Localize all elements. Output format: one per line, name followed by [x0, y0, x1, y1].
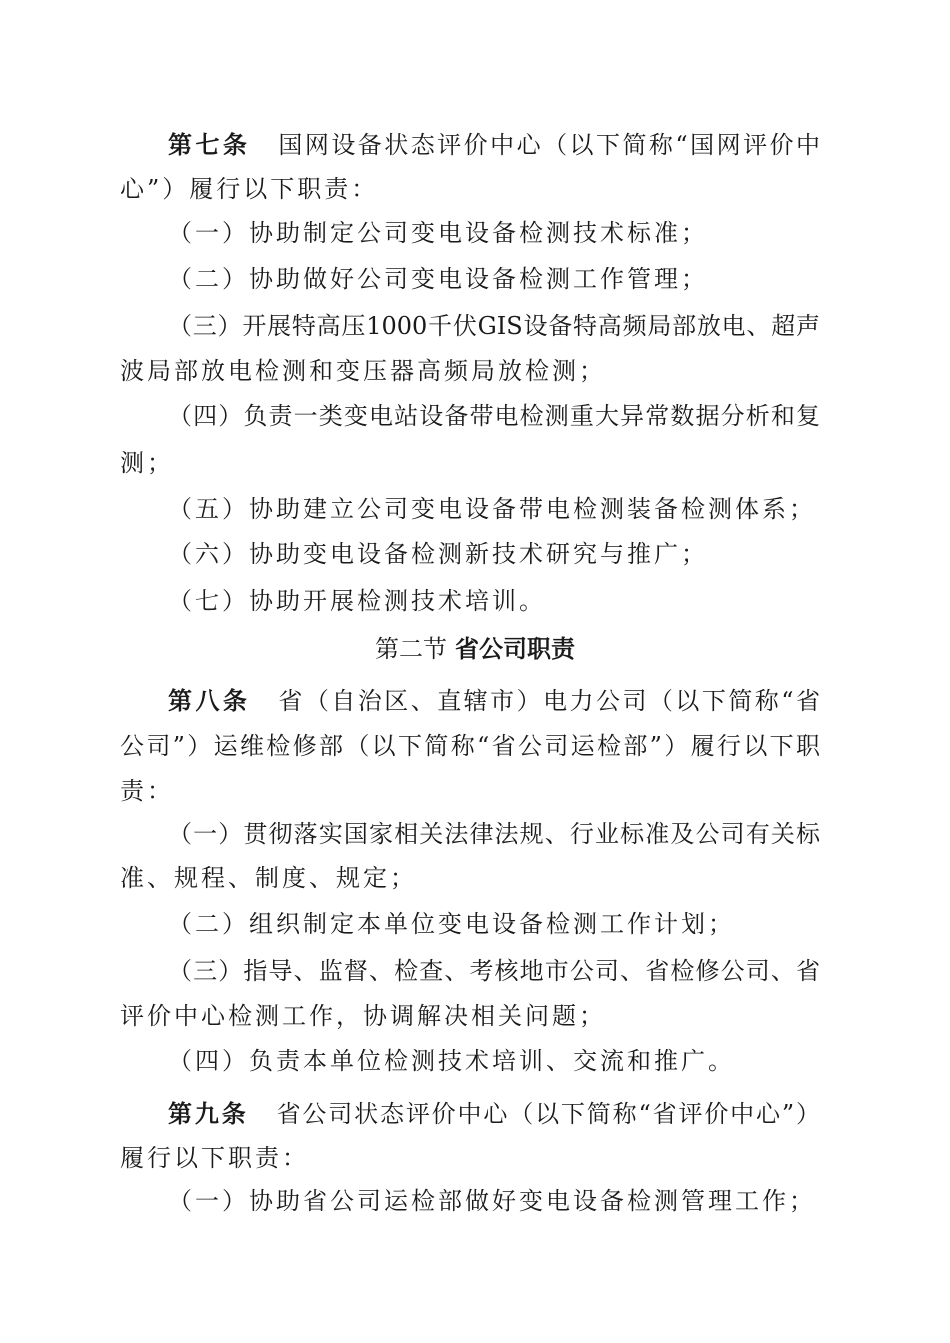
- article7-item-7: （七）协助开展检测技术培训。: [168, 586, 868, 616]
- article7-label: 第七条: [168, 131, 250, 159]
- article7-item-1: （一）协助制定公司变电设备检测技术标准；: [168, 218, 868, 248]
- article9-label: 第九条: [168, 1100, 249, 1128]
- article8-intro-line2: 公司”）运维检修部（以下简称“省公司运检部”）履行以下职: [120, 731, 820, 761]
- article7-item-3b: 波局部放电检测和变压器高频局放检测；: [120, 356, 820, 386]
- article7-item-4b: 测；: [120, 448, 820, 478]
- article9-intro-line1: 第九条省公司状态评价中心（以下简称“省评价中心”）: [168, 1099, 820, 1129]
- article8-item-3a: （三）指导、监督、检查、考核地市公司、省检修公司、省: [168, 956, 820, 986]
- article8-item-1a: （一）贯彻落实国家相关法律法规、行业标准及公司有关标: [168, 819, 820, 849]
- article8-item-3b: 评价中心检测工作，协调解决相关问题；: [120, 1001, 820, 1031]
- section-title: 省公司职责: [455, 635, 575, 663]
- document-page: 第七条国网设备状态评价中心（以下简称“国网评价中 心”）履行以下职责： （一）协…: [0, 0, 950, 1343]
- article7-item-2: （二）协助做好公司变电设备检测工作管理；: [168, 264, 868, 294]
- article7-item-5: （五）协助建立公司变电设备带电检测装备检测体系；: [168, 494, 868, 524]
- section-heading: 第二节省公司职责: [0, 634, 950, 664]
- section-number: 第二节: [375, 635, 447, 663]
- article9-intro-line2: 履行以下职责：: [120, 1143, 820, 1173]
- article8-label: 第八条: [168, 687, 250, 715]
- article9-item-1: （一）协助省公司运检部做好变电设备检测管理工作；: [168, 1186, 868, 1216]
- article8-item-4: （四）负责本单位检测技术培训、交流和推广。: [168, 1046, 868, 1076]
- article8-intro-line1: 第八条省（自治区、直辖市）电力公司（以下简称“省: [168, 686, 820, 716]
- article7-item-6: （六）协助变电设备检测新技术研究与推广；: [168, 539, 868, 569]
- article7-intro-line2: 心”）履行以下职责：: [120, 174, 820, 204]
- article7-item-3a: （三）开展特高压1000千伏GIS设备特高频局部放电、超声: [168, 311, 820, 341]
- article7-item-4a: （四）负责一类变电站设备带电检测重大异常数据分析和复: [168, 401, 820, 431]
- article8-item-2: （二）组织制定本单位变电设备检测工作计划；: [168, 909, 868, 939]
- article8-item-1b: 准、规程、制度、规定；: [120, 863, 820, 893]
- article7-intro-line1: 第七条国网设备状态评价中心（以下简称“国网评价中: [168, 130, 820, 160]
- article8-intro-line3: 责：: [120, 776, 820, 806]
